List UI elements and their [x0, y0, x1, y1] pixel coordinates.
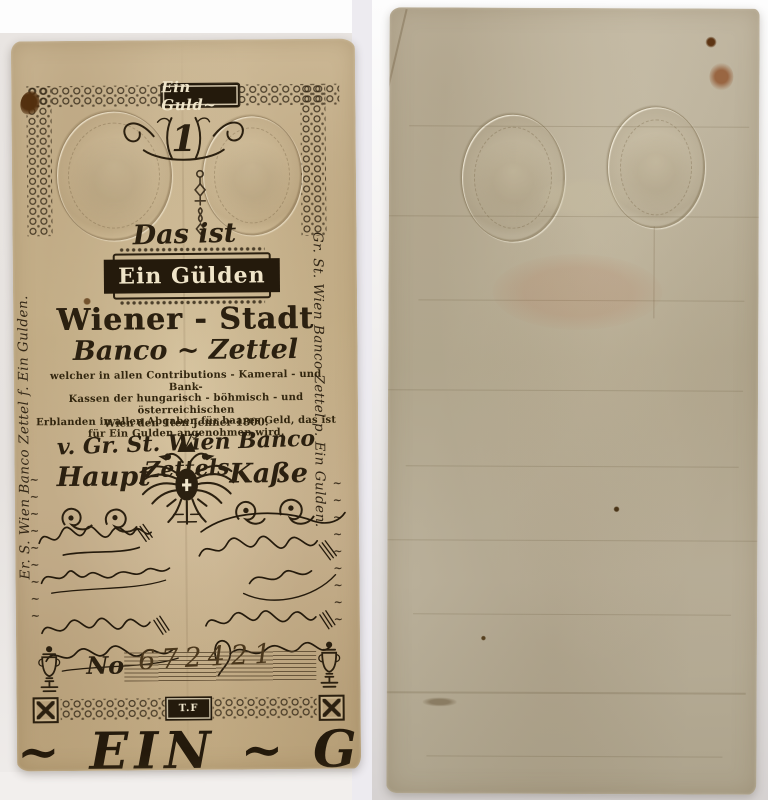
stain-speck	[481, 636, 486, 641]
urn-ornament-left	[36, 645, 62, 695]
bottom-ornament-band: T.F	[33, 694, 345, 724]
crease-line	[413, 613, 731, 615]
stain-rust	[709, 63, 733, 91]
stain-smudge	[423, 697, 457, 706]
denomination-main-frame: Ein Gülden	[113, 252, 271, 299]
right-ornament-border	[300, 84, 326, 236]
crease-line	[426, 755, 722, 757]
band-scrollwork	[213, 697, 317, 719]
band-scrollwork	[61, 698, 165, 720]
ink-speck	[83, 298, 91, 305]
embossed-seal-back-right	[607, 106, 706, 228]
legal-text-line: welcher in allen Contributions - Kameral…	[34, 369, 338, 395]
crease-line	[406, 465, 739, 467]
right-margin-inscription: Gr. St. Wien Banco Zettel p. Ein Gulden.	[305, 232, 328, 577]
denomination-top-box: Ein Guld~	[161, 84, 239, 108]
legal-text-line: Kassen der hungarisch - böhmisch - und ö…	[34, 392, 338, 418]
paper-light-patch	[539, 178, 629, 218]
backdrop-white-strip	[0, 0, 372, 33]
crease-line	[409, 125, 749, 127]
urn-ornament-right	[316, 641, 342, 691]
corner-fold-crease	[386, 9, 407, 148]
left-margin-inscription: Er. S. Wien Banco Zettel f. Ein Gulden.	[15, 234, 38, 579]
banknote-photo: Ein Guld~ 1	[0, 0, 768, 800]
banknote-back	[386, 7, 759, 795]
corner-rosette-right	[319, 694, 345, 720]
crease-line	[388, 389, 743, 392]
corner-rosette-left	[33, 697, 59, 723]
banknote-front: Ein Guld~ 1	[11, 39, 361, 772]
numeral-cartouche: 1	[113, 105, 254, 170]
crease-line	[387, 539, 757, 542]
embossed-seal-ring	[474, 127, 552, 229]
serial-label: No	[86, 651, 124, 680]
embossed-seal-ring	[620, 119, 692, 215]
ornate-numeral: 1	[171, 118, 196, 160]
backdrop-light-strip	[0, 772, 372, 800]
denomination-main-label: Ein Gülden	[104, 258, 280, 294]
stain-spot	[706, 37, 717, 48]
stain-speck	[614, 506, 620, 512]
crease-line	[387, 691, 746, 695]
signature-burgermeister	[33, 518, 186, 605]
stain-pink-patch	[492, 254, 662, 331]
bottom-value-text: ~ EIN ~ GULD ~	[17, 719, 361, 771]
embossed-seal-back-left	[461, 114, 566, 242]
control-stamp: T.F	[167, 698, 211, 719]
